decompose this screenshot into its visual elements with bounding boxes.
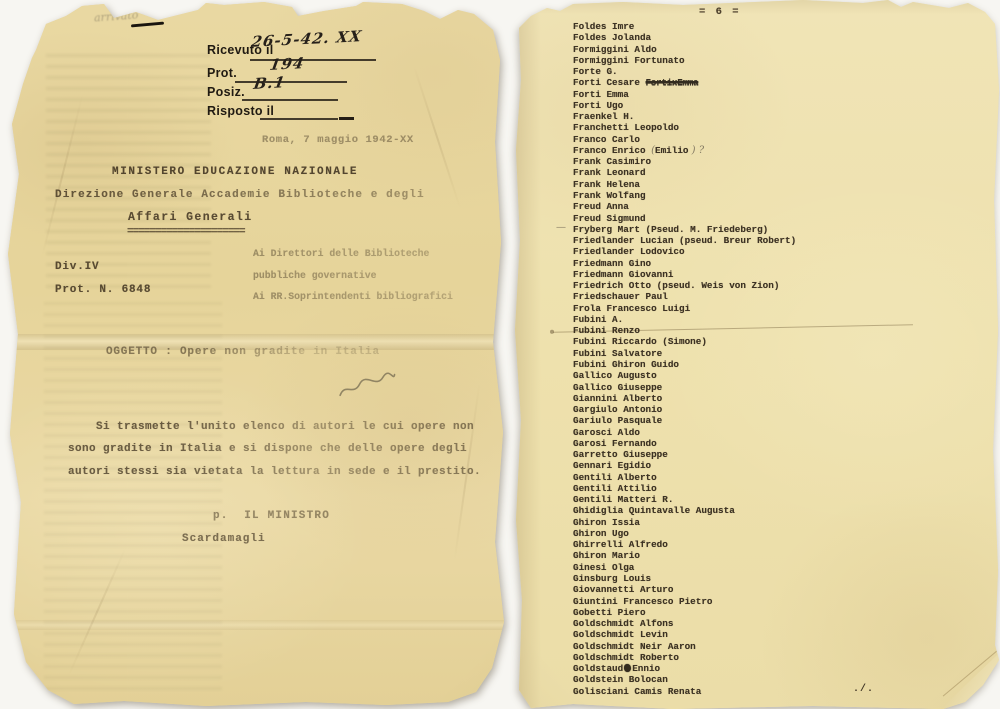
typewritten-text: Goldstaud <box>573 663 623 674</box>
protocol-line: Prot. N. 6848 <box>55 284 151 296</box>
ministry-title: MINISTERO EDUCAZIONE NAZIONALE <box>112 166 358 178</box>
typewritten-text: Garosci Aldo <box>573 427 640 438</box>
list-item: Frank Wolfang <box>573 190 796 201</box>
typewritten-text: Ai RR.Soprintendenti bibliografici <box>253 291 453 302</box>
corner-fold-line <box>943 640 1000 696</box>
corner-fold <box>931 630 1000 709</box>
body-line: Si trasmette l'unito elenco di autori le… <box>68 416 481 438</box>
list-item: Franco Carlo <box>573 134 796 145</box>
list-item: Forti Cesare FortixEmma <box>573 77 796 88</box>
typewritten-text: Franco Carlo <box>573 134 640 145</box>
typewritten-text: Golisciani Camis Renata <box>573 686 701 697</box>
ministry-office: Affari Generali <box>128 211 253 224</box>
typewritten-text: Frank Wolfang <box>573 190 646 201</box>
list-item: Giuntini Francesco Pietro <box>573 596 796 607</box>
letter-body: Si trasmette l'unito elenco di autori le… <box>68 416 481 483</box>
typewritten-text: Goldstein Bolocan <box>573 674 668 685</box>
typewritten-text: Frank Helena <box>573 179 640 190</box>
pencil-annotation: — <box>556 222 566 233</box>
typewritten-text: Ghiron Mario <box>573 550 640 561</box>
typewritten-text: Giannini Alberto <box>573 393 662 404</box>
paper-wrinkle <box>413 65 461 208</box>
typewritten-text: pubbliche governative <box>253 270 376 281</box>
typewritten-text: sono gradite in Italia e si dispone che … <box>68 443 467 455</box>
typewritten-text: Ai Direttori delle Biblioteche <box>253 248 429 259</box>
struck-text: FortixEmma <box>646 77 699 88</box>
typewritten-text: Foldes Imre <box>573 21 634 32</box>
typewritten-text: Gentili Alberto <box>573 472 657 483</box>
list-item: Ghiron Ugo <box>573 528 796 539</box>
received-value-handwritten: 26-5-42. XX <box>250 27 363 51</box>
typewritten-text: Emilio <box>655 145 688 156</box>
subject-line: OGGETTO : Opere non gradite in Italia <box>106 346 380 358</box>
scanned-archive-document: { "colors":{ "paper_left":"#e7d59d", "pa… <box>0 0 1000 709</box>
pencil-annotation: ) ? <box>689 145 705 156</box>
recipient-line: Ai RR.Soprintendenti bibliografici <box>253 286 453 308</box>
typewritten-text: Gariulo Pasquale <box>573 415 662 426</box>
list-item: Goldschmidt Levin <box>573 629 796 640</box>
list-item: Gargiulo Antonio <box>573 404 796 415</box>
typewritten-text: Franco Enrico <box>573 145 651 156</box>
typewritten-text: Garretto Giuseppe <box>573 449 668 460</box>
page-number: = 6 = <box>699 6 741 18</box>
list-item: Gentili Matteri R. <box>573 494 796 505</box>
typewritten-text: Forti Ugo <box>573 100 623 111</box>
typewritten-text: Fubini A. <box>573 314 623 325</box>
typewritten-text: Fubini Ghiron Guido <box>573 359 679 370</box>
list-item: Formiggini Aldo <box>573 44 796 55</box>
division-line: Div.IV <box>55 261 99 273</box>
prot-value-handwritten: 194 <box>268 54 306 74</box>
typewritten-text: Forti Cesare <box>573 77 646 88</box>
list-item: Fubini Ghiron Guido <box>573 359 796 370</box>
typewritten-text: Fubini Riccardo (Simone) <box>573 336 707 347</box>
list-item: Gariulo Pasquale <box>573 415 796 426</box>
typewritten-text: Forti Emma <box>573 89 629 100</box>
list-item: Garosi Fernando <box>573 438 796 449</box>
typewritten-text: Ennio <box>632 663 660 674</box>
list-item: Friedschauer Paul <box>573 291 796 302</box>
list-item: Giovannetti Arturo <box>573 584 796 595</box>
list-item: Gentili Attilio <box>573 483 796 494</box>
typewritten-text: Friedrich Otto (pseud. Weis von Zion) <box>573 280 779 291</box>
recipient-line: pubbliche governative <box>253 265 453 287</box>
paper-wrinkle <box>40 94 83 259</box>
list-item: Friedlander Lodovico <box>573 246 796 257</box>
list-item: Freud Anna <box>573 201 796 212</box>
typewritten-text: Friedlander Lucian (pseud. Breur Robert) <box>573 235 796 246</box>
typewritten-text: Gobetti Piero <box>573 607 646 618</box>
list-item: Forti Ugo <box>573 100 796 111</box>
typewritten-text: Friedlander Lodovico <box>573 246 685 257</box>
list-item: Friedlander Lucian (pseud. Breur Robert) <box>573 235 796 246</box>
list-item: Ghiron Issia <box>573 517 796 528</box>
typewritten-text: Friedschauer Paul <box>573 291 668 302</box>
list-item: Friedrich Otto (pseud. Weis von Zion) <box>573 280 796 291</box>
pencil-scribble <box>335 369 400 402</box>
typewritten-text: Goldschmidt Roberto <box>573 652 679 663</box>
stamp-line <box>250 59 376 61</box>
typewritten-text: Formiggini Aldo <box>573 44 657 55</box>
body-line: sono gradite in Italia e si dispone che … <box>68 438 481 460</box>
typewritten-text: Gallico Giuseppe <box>573 382 662 393</box>
fold-crease <box>6 620 511 630</box>
list-item: Fubini Renzo <box>573 325 796 336</box>
list-item: Franchetti Leopoldo <box>573 122 796 133</box>
pencil-note: arrivato <box>94 8 139 24</box>
list-item: Gennari Egidio <box>573 460 796 471</box>
stamp-line <box>235 81 347 83</box>
typewritten-text: Garosi Fernando <box>573 438 657 449</box>
list-item: —Fryberg Mart (Pseud. M. Friedeberg) <box>573 224 796 235</box>
typewritten-text: Gennari Egidio <box>573 460 651 471</box>
list-item: Friedmann Giovanni <box>573 269 796 280</box>
stamp-line <box>260 118 338 120</box>
typewritten-text: Fubini Renzo <box>573 325 640 336</box>
recipient-line: Ai Direttori delle Biblioteche <box>253 243 453 265</box>
posiz-value-handwritten: B.1 <box>252 73 287 93</box>
prot-label: Prot. <box>207 66 237 80</box>
risposto-label: Risposto il <box>207 104 274 118</box>
paper-wrinkle <box>68 548 127 677</box>
typewritten-text: Giuntini Francesco Pietro <box>573 596 712 607</box>
list-page-wrap: = 6 = Foldes ImreFoldes JolandaFormiggin… <box>513 0 1000 709</box>
signature-title: p. IL MINISTRO <box>213 510 330 522</box>
typewritten-text: Franchetti Leopoldo <box>573 122 679 133</box>
list-item: Fubini Salvatore <box>573 348 796 359</box>
list-page: = 6 = Foldes ImreFoldes JolandaFormiggin… <box>513 0 1000 709</box>
list-item: Franco Enrico (Emilio ) ? <box>573 145 796 156</box>
list-item: Gobetti Piero <box>573 607 796 618</box>
typewritten-text: Forte G. <box>573 66 618 77</box>
letter-page-wrap: arrivato Ricevuto il 26-5-42. XX Prot. 1… <box>6 2 511 708</box>
list-item: Fraenkel H. <box>573 111 796 122</box>
bleed-through-text <box>44 302 222 692</box>
typewritten-text: Giovannetti Arturo <box>573 584 673 595</box>
list-item: Goldschmidt Roberto <box>573 652 796 663</box>
pencil-underline-mark <box>131 22 164 28</box>
typewritten-text: Gallico Augusto <box>573 370 657 381</box>
typewritten-text: Gentili Attilio <box>573 483 657 494</box>
recipients-block: Ai Direttori delle Bibliotechepubbliche … <box>253 243 453 308</box>
list-item: Frank Helena <box>573 179 796 190</box>
typewritten-text: Ghidiglia Quintavalle Augusta <box>573 505 735 516</box>
typewritten-text: Goldschmidt Levin <box>573 629 668 640</box>
body-line: autori stessi sia vietata la lettura in … <box>68 461 481 483</box>
typewritten-text: Friedmann Gino <box>573 258 651 269</box>
typewritten-text: Ghiron Issia <box>573 517 640 528</box>
list-item: Friedmann Gino <box>573 258 796 269</box>
list-item: Goldschmidt Alfons <box>573 618 796 629</box>
list-item: Ginsburg Louis <box>573 573 796 584</box>
typewritten-text: autori stessi sia vietata la lettura in … <box>68 466 481 478</box>
typewritten-text: Frank Leonard <box>573 167 646 178</box>
list-item: Formiggini Fortunato <box>573 55 796 66</box>
banned-authors-list: Foldes ImreFoldes JolandaFormiggini Aldo… <box>573 21 796 697</box>
typed-underline: ===================== <box>127 226 245 238</box>
posiz-label: Posiz. <box>207 85 245 99</box>
list-item: Freud Sigmund <box>573 213 796 224</box>
typewritten-text: Formiggini Fortunato <box>573 55 685 66</box>
typewritten-text: Ghirrelli Alfredo <box>573 539 668 550</box>
typewritten-text: Ginesi Olga <box>573 562 634 573</box>
list-item: Goldschmidt Neir Aaron <box>573 641 796 652</box>
continuation-mark: ./. <box>853 684 874 695</box>
typewritten-text: Foldes Jolanda <box>573 32 651 43</box>
ink-smudge <box>624 664 631 672</box>
list-item: Foldes Imre <box>573 21 796 32</box>
typewritten-text: Frank Casimiro <box>573 156 651 167</box>
edge-shade <box>513 0 1000 14</box>
typewritten-text: Si trasmette l'unito elenco di autori le… <box>96 421 474 433</box>
list-item: Ghirrelli Alfredo <box>573 539 796 550</box>
list-item: Frank Casimiro <box>573 156 796 167</box>
typewritten-text: Frola Francesco Luigi <box>573 303 690 314</box>
ministry-directorate: Direzione Generale Accademie Biblioteche… <box>55 189 425 201</box>
list-item: Goldstein Bolocan <box>573 674 796 685</box>
typewritten-text: Gentili Matteri R. <box>573 494 673 505</box>
list-item: Golisciani Camis Renata <box>573 686 796 697</box>
list-item: Ghiron Mario <box>573 550 796 561</box>
edge-crease-shade <box>513 0 541 709</box>
typewritten-text: Fraenkel H. <box>573 111 634 122</box>
list-item: Giannini Alberto <box>573 393 796 404</box>
list-item: Gallico Augusto <box>573 370 796 381</box>
typewritten-text: Freud Sigmund <box>573 213 646 224</box>
list-item: GoldstaudEnnio <box>573 663 796 674</box>
list-item: Garosci Aldo <box>573 427 796 438</box>
typewritten-text: Fubini Salvatore <box>573 348 662 359</box>
list-item: Gentili Alberto <box>573 472 796 483</box>
list-item: Ginesi Olga <box>573 562 796 573</box>
typewritten-text: Friedmann Giovanni <box>573 269 673 280</box>
list-item: Fubini A. <box>573 314 796 325</box>
letter-page: arrivato Ricevuto il 26-5-42. XX Prot. 1… <box>6 2 511 708</box>
list-item: Foldes Jolanda <box>573 32 796 43</box>
typewritten-text: Goldschmidt Alfons <box>573 618 673 629</box>
typewritten-text: Ginsburg Louis <box>573 573 651 584</box>
typewritten-text: Goldschmidt Neir Aaron <box>573 641 696 652</box>
list-item: Forti Emma <box>573 89 796 100</box>
stamp-line <box>242 99 338 101</box>
typewritten-text: Fryberg Mart (Pseud. M. Friedeberg) <box>573 224 768 235</box>
list-item: Fubini Riccardo (Simone) <box>573 336 796 347</box>
list-item: Forte G. <box>573 66 796 77</box>
list-item: Garretto Giuseppe <box>573 449 796 460</box>
list-item: Ghidiglia Quintavalle Augusta <box>573 505 796 516</box>
list-item: Frank Leonard <box>573 167 796 178</box>
list-item: Frola Francesco Luigi <box>573 303 796 314</box>
dateline: Roma, 7 maggio 1942-XX <box>262 134 414 146</box>
signature-name: Scardamagli <box>182 533 266 545</box>
typewritten-text: Ghiron Ugo <box>573 528 629 539</box>
typewritten-text: Freud Anna <box>573 201 629 212</box>
typewritten-text: Gargiulo Antonio <box>573 404 662 415</box>
list-item: Gallico Giuseppe <box>573 382 796 393</box>
